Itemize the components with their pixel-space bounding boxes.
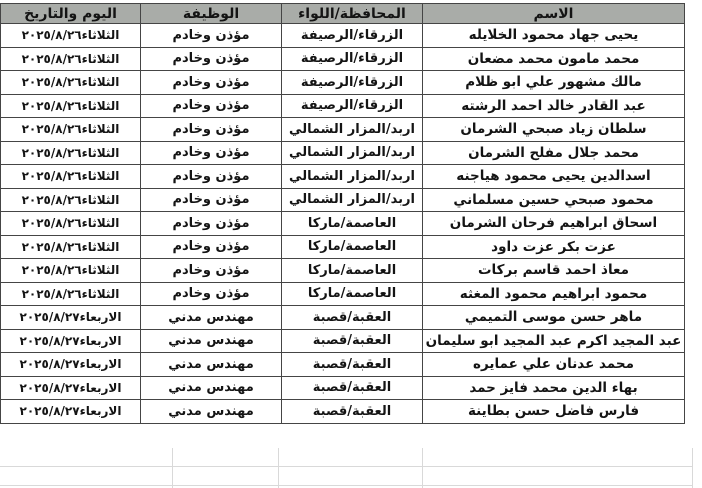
cell-name: بهاء الدين محمد فايز حمد: [423, 376, 685, 400]
cell-governorate: اربد/المزار الشمالي: [282, 165, 423, 189]
cell-governorate: العاصمة/ماركا: [282, 212, 423, 236]
table-row: عزت بكر عزت داود العاصمة/ماركا مؤذن وخاد…: [1, 235, 685, 259]
cell-governorate: العاصمة/ماركا: [282, 235, 423, 259]
cell-date: الاربعاء٢٠٢٥/٨/٢٧: [1, 353, 141, 377]
roster-table: الاسم المحافظة/اللواء الوظيفة اليوم والت…: [0, 3, 685, 424]
table-row: معاذ احمد قاسم بركات العاصمة/ماركا مؤذن …: [1, 259, 685, 283]
table-row: محمود ابراهيم محمود المغثه العاصمة/ماركا…: [1, 282, 685, 306]
cell-date: الثلاثاء٢٠٢٥/٨/٢٦: [1, 212, 141, 236]
cell-date: الثلاثاء٢٠٢٥/٨/٢٦: [1, 282, 141, 306]
cell-name: مالك مشهور علي ابو ظلام: [423, 71, 685, 95]
cell-date: الثلاثاء٢٠٢٥/٨/٢٦: [1, 94, 141, 118]
sheet-gridline-horizontal: [0, 466, 692, 467]
sheet-gridline-horizontal: [0, 485, 692, 486]
table-row: محمد عدنان علي عمايره العقبة/قصبة مهندس …: [1, 353, 685, 377]
cell-date: الثلاثاء٢٠٢٥/٨/٢٦: [1, 71, 141, 95]
cell-date: الاربعاء٢٠٢٥/٨/٢٧: [1, 376, 141, 400]
cell-governorate: الزرقاء/الرصيفة: [282, 47, 423, 71]
cell-job: مؤذن وخادم: [141, 94, 282, 118]
cell-name: محمد مامون محمد مضعان: [423, 47, 685, 71]
col-header-date: اليوم والتاريخ: [1, 4, 141, 24]
cell-name: سلطان زياد صبحي الشرمان: [423, 118, 685, 142]
cell-job: مهندس مدني: [141, 306, 282, 330]
cell-job: مؤذن وخادم: [141, 141, 282, 165]
cell-name: معاذ احمد قاسم بركات: [423, 259, 685, 283]
cell-governorate: العاصمة/ماركا: [282, 259, 423, 283]
table-row: ماهر حسن موسى التميمي العقبة/قصبة مهندس …: [1, 306, 685, 330]
cell-job: مؤذن وخادم: [141, 71, 282, 95]
cell-name: ماهر حسن موسى التميمي: [423, 306, 685, 330]
cell-governorate: اربد/المزار الشمالي: [282, 188, 423, 212]
cell-governorate: اربد/المزار الشمالي: [282, 141, 423, 165]
sheet-gridline-vertical: [278, 448, 279, 488]
cell-date: الثلاثاء٢٠٢٥/٨/٢٦: [1, 118, 141, 142]
cell-date: الاربعاء٢٠٢٥/٨/٢٧: [1, 329, 141, 353]
cell-job: مهندس مدني: [141, 400, 282, 424]
cell-governorate: الزرقاء/الرصيفة: [282, 71, 423, 95]
sheet-gridline-vertical: [172, 448, 173, 488]
cell-governorate: الزرقاء/الرصيفة: [282, 94, 423, 118]
table-row: بهاء الدين محمد فايز حمد العقبة/قصبة مهن…: [1, 376, 685, 400]
table-row: مالك مشهور علي ابو ظلام الزرقاء/الرصيفة …: [1, 71, 685, 95]
col-header-name: الاسم: [423, 4, 685, 24]
cell-job: مهندس مدني: [141, 376, 282, 400]
cell-job: مؤذن وخادم: [141, 24, 282, 48]
col-header-governorate: المحافظة/اللواء: [282, 4, 423, 24]
cell-job: مؤذن وخادم: [141, 47, 282, 71]
cell-job: مؤذن وخادم: [141, 235, 282, 259]
cell-job: مؤذن وخادم: [141, 165, 282, 189]
cell-job: مؤذن وخادم: [141, 259, 282, 283]
table-row: سلطان زياد صبحي الشرمان اربد/المزار الشم…: [1, 118, 685, 142]
table-row: اسدالدين يحيى محمود هياجنه اربد/المزار ا…: [1, 165, 685, 189]
cell-governorate: العاصمة/ماركا: [282, 282, 423, 306]
cell-job: مؤذن وخادم: [141, 118, 282, 142]
cell-name: فارس فاضل حسن بطاينة: [423, 400, 685, 424]
cell-name: عبد المجيد اكرم عبد المجيد ابو سليمان: [423, 329, 685, 353]
cell-governorate: العقبة/قصبة: [282, 306, 423, 330]
cell-date: الثلاثاء٢٠٢٥/٨/٢٦: [1, 188, 141, 212]
cell-name: عبد القادر خالد احمد الرشته: [423, 94, 685, 118]
table-row: اسحاق ابراهيم فرحان الشرمان العاصمة/مارك…: [1, 212, 685, 236]
cell-job: مهندس مدني: [141, 353, 282, 377]
table-row: محمود صبحي حسين مسلماني اربد/المزار الشم…: [1, 188, 685, 212]
spreadsheet-view: الاسم المحافظة/اللواء الوظيفة اليوم والت…: [0, 0, 702, 488]
table-row: محمد جلال مفلح الشرمان اربد/المزار الشما…: [1, 141, 685, 165]
cell-name: محمد عدنان علي عمايره: [423, 353, 685, 377]
cell-governorate: الزرقاء/الرصيفة: [282, 24, 423, 48]
table-row: محمد مامون محمد مضعان الزرقاء/الرصيفة مؤ…: [1, 47, 685, 71]
cell-date: الثلاثاء٢٠٢٥/٨/٢٦: [1, 47, 141, 71]
cell-governorate: العقبة/قصبة: [282, 376, 423, 400]
cell-name: اسحاق ابراهيم فرحان الشرمان: [423, 212, 685, 236]
table-row: فارس فاضل حسن بطاينة العقبة/قصبة مهندس م…: [1, 400, 685, 424]
empty-sheet-area: [0, 448, 702, 488]
cell-date: الثلاثاء٢٠٢٥/٨/٢٦: [1, 259, 141, 283]
table-row: عبد القادر خالد احمد الرشته الزرقاء/الرص…: [1, 94, 685, 118]
table-row: عبد المجيد اكرم عبد المجيد ابو سليمان ال…: [1, 329, 685, 353]
cell-name: عزت بكر عزت داود: [423, 235, 685, 259]
cell-date: الثلاثاء٢٠٢٥/٨/٢٦: [1, 24, 141, 48]
cell-name: محمود صبحي حسين مسلماني: [423, 188, 685, 212]
cell-job: مؤذن وخادم: [141, 282, 282, 306]
cell-governorate: العقبة/قصبة: [282, 353, 423, 377]
cell-name: محمد جلال مفلح الشرمان: [423, 141, 685, 165]
cell-date: الاربعاء٢٠٢٥/٨/٢٧: [1, 306, 141, 330]
cell-governorate: العقبة/قصبة: [282, 329, 423, 353]
cell-date: الثلاثاء٢٠٢٥/٨/٢٦: [1, 141, 141, 165]
table-row: يحيى جهاد محمود الخلايله الزرقاء/الرصيفة…: [1, 24, 685, 48]
cell-name: يحيى جهاد محمود الخلايله: [423, 24, 685, 48]
cell-job: مؤذن وخادم: [141, 188, 282, 212]
sheet-gridline-vertical: [422, 448, 423, 488]
cell-date: الثلاثاء٢٠٢٥/٨/٢٦: [1, 165, 141, 189]
cell-date: الاربعاء٢٠٢٥/٨/٢٧: [1, 400, 141, 424]
cell-name: اسدالدين يحيى محمود هياجنه: [423, 165, 685, 189]
col-header-job: الوظيفة: [141, 4, 282, 24]
cell-name: محمود ابراهيم محمود المغثه: [423, 282, 685, 306]
cell-date: الثلاثاء٢٠٢٥/٨/٢٦: [1, 235, 141, 259]
cell-job: مهندس مدني: [141, 329, 282, 353]
sheet-gridline-vertical: [692, 448, 693, 488]
header-row: الاسم المحافظة/اللواء الوظيفة اليوم والت…: [1, 4, 685, 24]
cell-governorate: العقبة/قصبة: [282, 400, 423, 424]
cell-governorate: اربد/المزار الشمالي: [282, 118, 423, 142]
cell-job: مؤذن وخادم: [141, 212, 282, 236]
